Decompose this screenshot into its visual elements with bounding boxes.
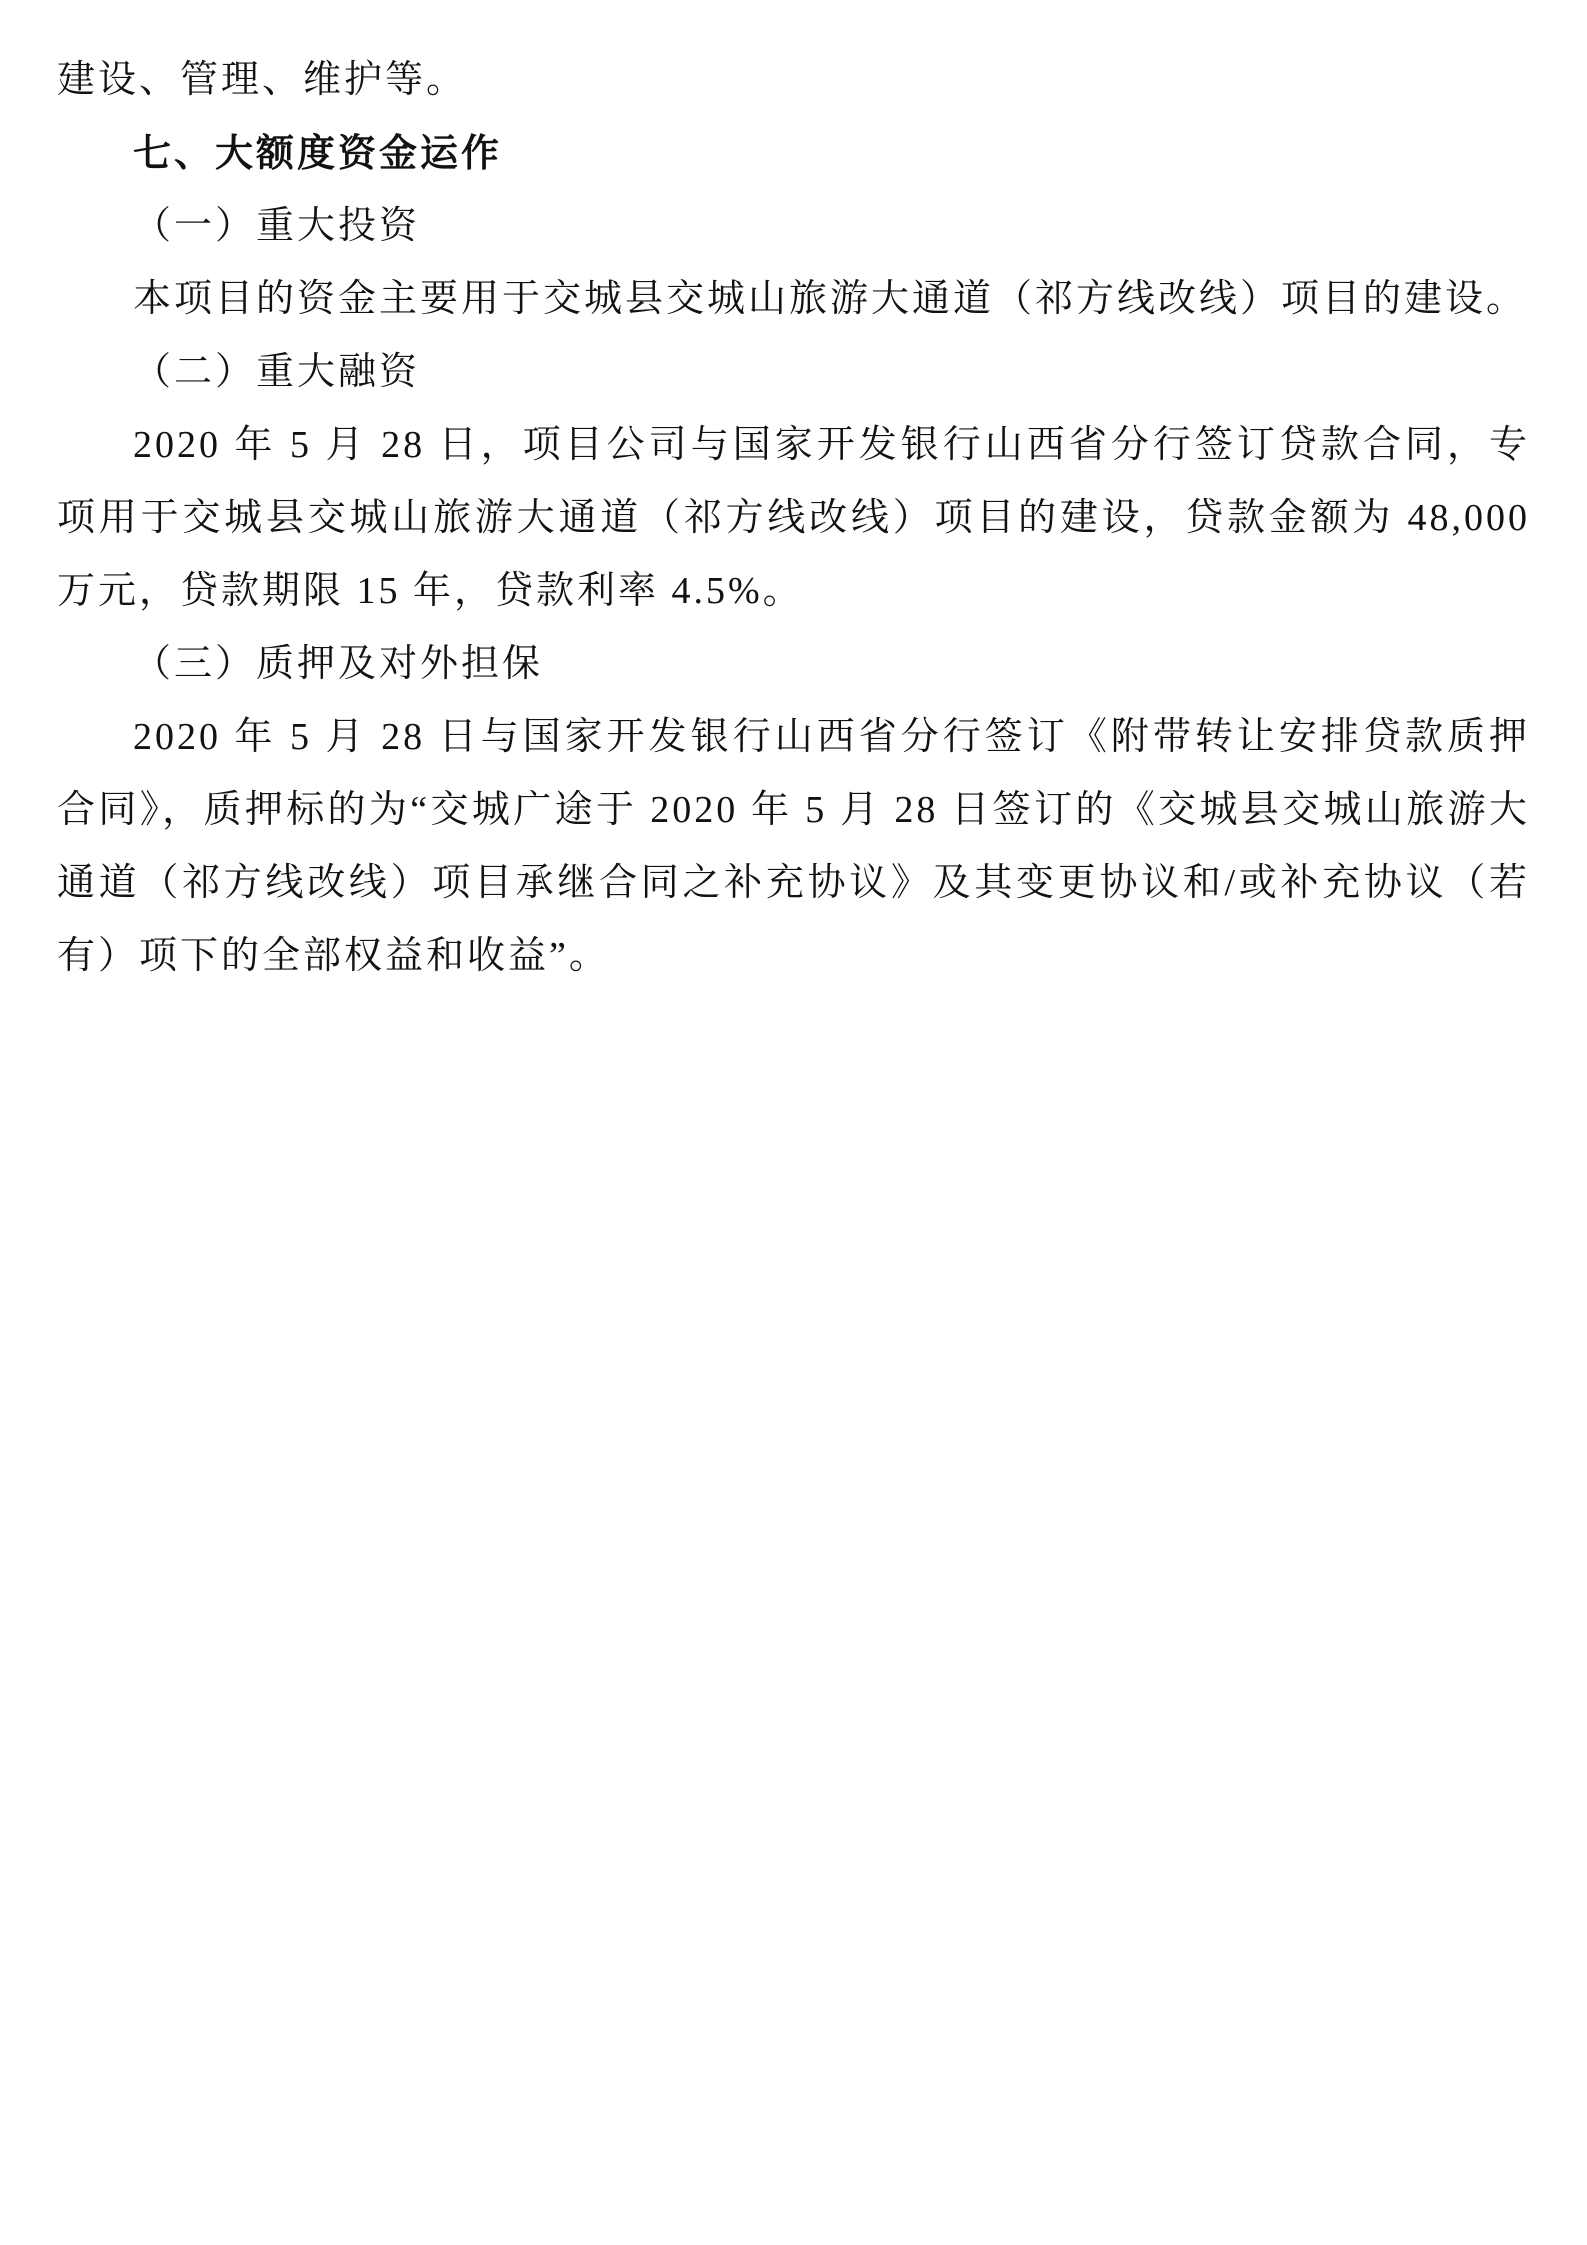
- paragraph-pledge-guarantee: 2020 年 5 月 28 日与国家开发银行山西省分行签订《附带转让安排贷款质押…: [57, 701, 1530, 993]
- document-body: 建设、管理、维护等。 七、大额度资金运作 （一）重大投资 本项目的资金主要用于交…: [57, 44, 1530, 993]
- paragraph-major-investment: 本项目的资金主要用于交城县交城山旅游大通道（祁方线改线）项目的建设。: [57, 263, 1530, 336]
- document-page: 建设、管理、维护等。 七、大额度资金运作 （一）重大投资 本项目的资金主要用于交…: [0, 0, 1587, 2245]
- subheading-major-financing: （二）重大融资: [57, 336, 1530, 409]
- section-heading-large-funds: 七、大额度资金运作: [57, 117, 1530, 190]
- paragraph-major-financing: 2020 年 5 月 28 日，项目公司与国家开发银行山西省分行签订贷款合同，专…: [57, 409, 1530, 628]
- paragraph-continuation: 建设、管理、维护等。: [57, 44, 1530, 117]
- subheading-pledge-guarantee: （三）质押及对外担保: [57, 628, 1530, 701]
- subheading-major-investment: （一）重大投资: [57, 190, 1530, 263]
